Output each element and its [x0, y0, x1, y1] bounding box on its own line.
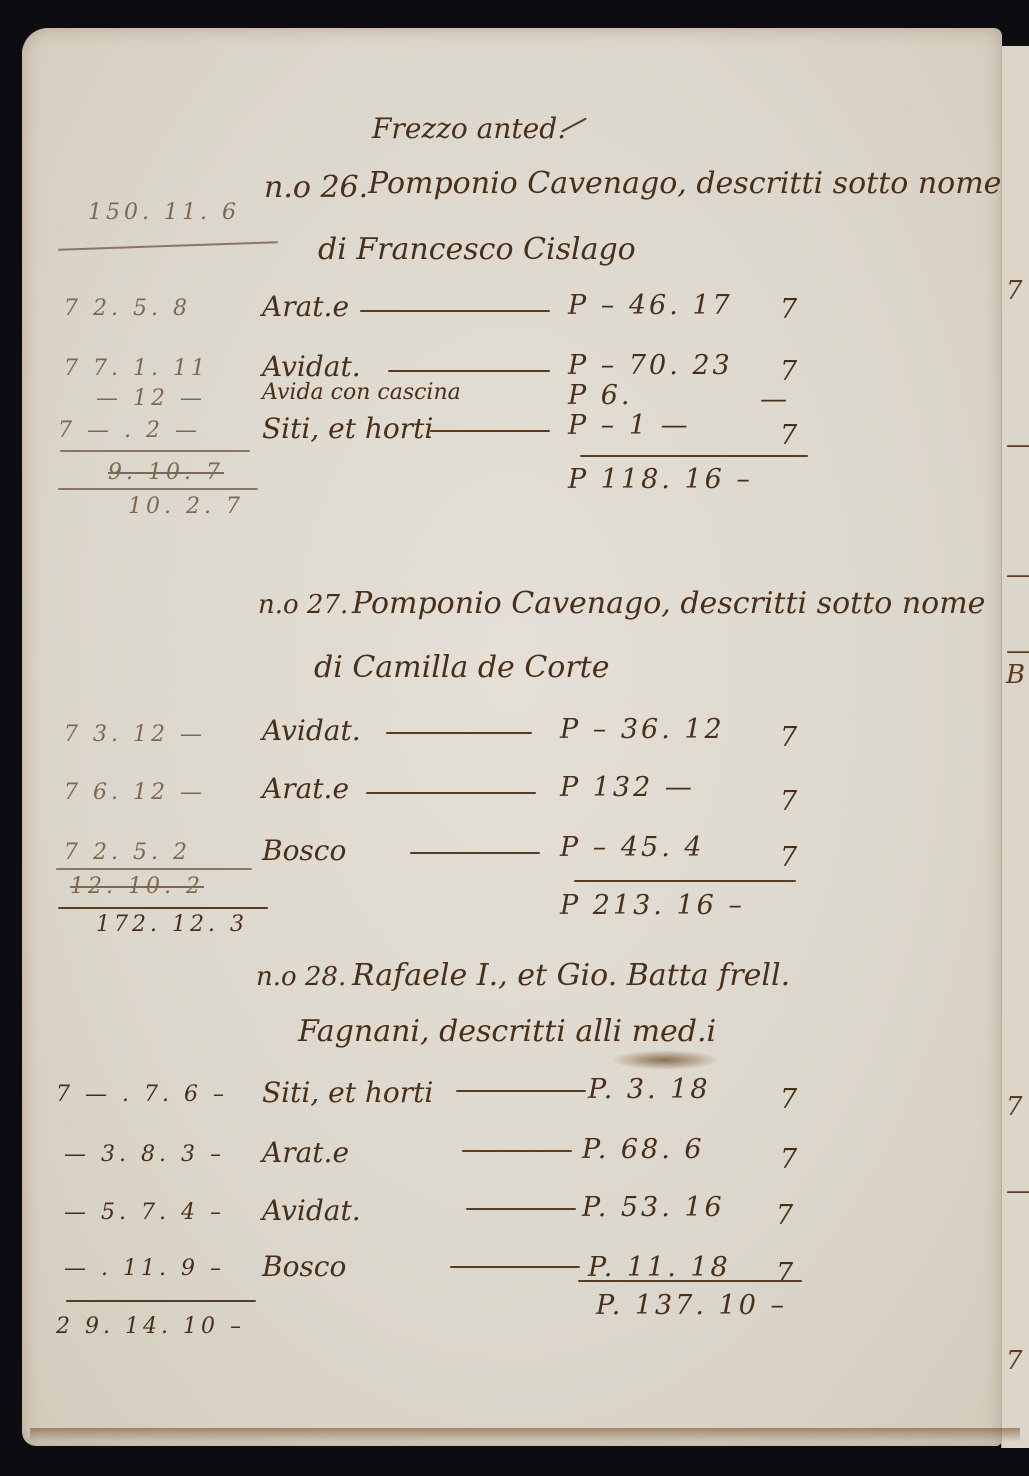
item-margin: 7 2. 5. 2	[64, 840, 191, 865]
item-mark: 7	[780, 356, 800, 387]
margin-rule	[58, 488, 258, 490]
item-margin: 7 — . 2 —	[58, 418, 201, 443]
facing-page-glyph: 7	[1006, 1092, 1023, 1122]
item-label: Avidat.	[262, 714, 361, 747]
page-heading: Frezzo anted.	[372, 112, 566, 145]
item-label: Avidat.	[262, 350, 361, 383]
item-amount: P. 68. 6	[582, 1134, 705, 1165]
item-amount: P – 45. 4	[560, 832, 705, 863]
ink-stain	[610, 1050, 720, 1070]
margin-subtotal: 12. 10. 2	[70, 874, 204, 899]
leader-line	[430, 430, 550, 432]
leader-line	[388, 370, 550, 372]
leader-line	[410, 852, 540, 854]
entry-title-line1: Pomponio Cavenago, descritti sotto nome	[352, 586, 985, 621]
item-amount: P – 1 —	[568, 410, 691, 441]
item-mark: 7	[780, 786, 800, 817]
item-label: Siti, et horti	[262, 412, 433, 445]
facing-page-edge	[1001, 46, 1029, 1448]
item-mark: 7	[776, 1200, 796, 1231]
page-bottom-edge	[30, 1428, 1020, 1442]
item-mark: 7	[780, 1084, 800, 1115]
item-margin: 7 2. 5. 8	[64, 296, 191, 321]
margin-rule	[56, 868, 252, 870]
item-margin: — . 11. 9 –	[64, 1256, 225, 1281]
item-label: Bosco	[262, 834, 346, 867]
item-margin: 7 7. 1. 11	[64, 356, 209, 381]
item-amount: P. 11. 18	[588, 1252, 731, 1283]
facing-page-glyph: —	[1006, 560, 1029, 590]
margin-total: 10. 2. 7	[128, 494, 244, 519]
leader-line	[456, 1090, 586, 1092]
item-margin: — 5. 7. 4 –	[64, 1200, 225, 1225]
margin-subtotal: 9. 10. 7	[108, 460, 224, 485]
facing-page-glyph: —	[1006, 1176, 1029, 1206]
leader-line	[462, 1150, 572, 1152]
margin-rule	[66, 1300, 256, 1302]
entry-number: n.o 28.	[256, 962, 346, 992]
margin-rule	[60, 450, 250, 452]
sum-rule	[578, 1280, 802, 1282]
item-label: Bosco	[262, 1250, 346, 1283]
item-label: Siti, et horti	[262, 1076, 433, 1109]
entry-title-line2: di Camilla de Corte	[314, 650, 610, 685]
leader-line	[466, 1208, 576, 1210]
item-label: Avida con cascina	[262, 380, 461, 405]
margin-total: 172. 12. 3	[96, 912, 248, 937]
item-mark: 7	[780, 722, 800, 753]
item-label: Arat.e	[262, 772, 349, 805]
margin-total: 2 9. 14. 10 –	[56, 1314, 245, 1339]
item-margin: — 3. 8. 3 –	[64, 1142, 225, 1167]
margin-rule	[58, 907, 268, 909]
item-margin: 7 — . 7. 6 –	[56, 1082, 228, 1107]
sum-rule	[574, 880, 796, 882]
item-mark: 7	[780, 420, 800, 451]
facing-page-glyph: B	[1006, 660, 1025, 690]
item-amount: P. 53. 16	[582, 1192, 725, 1223]
item-amount: P – 36. 12	[560, 714, 725, 745]
entry-title-line1: Rafaele I., et Gio. Batta frell.	[352, 958, 790, 993]
leader-line	[360, 310, 550, 312]
facing-page-glyph: 7	[1006, 1346, 1023, 1376]
item-amount: P – 46. 17	[568, 290, 733, 321]
item-label: Avidat.	[262, 1194, 361, 1227]
item-mark: 7	[780, 294, 800, 325]
item-mark: 7	[780, 842, 800, 873]
entry-total: P. 137. 10 –	[596, 1290, 787, 1321]
item-margin: 7 6. 12 —	[64, 780, 206, 805]
item-mark: 7	[780, 1144, 800, 1175]
item-label: Arat.e	[262, 290, 349, 323]
entry-number: n.o 27.	[258, 590, 348, 620]
leader-line	[450, 1266, 580, 1268]
item-amount: P 132 —	[560, 772, 695, 803]
item-amount: P. 3. 18	[588, 1074, 711, 1105]
entry-title-line2: di Francesco Cislago	[318, 232, 636, 267]
item-mark: —	[760, 384, 790, 415]
item-amount: P 6.	[568, 380, 633, 411]
entry-total: P 118. 16 –	[568, 464, 753, 495]
entry-title-line2: Fagnani, descritti alli med.i	[298, 1014, 716, 1049]
entry-number: n.o 26.	[264, 170, 368, 205]
facing-page-glyph: —	[1006, 430, 1029, 460]
item-amount: P – 70. 23	[568, 350, 733, 381]
entry-total: P 213. 16 –	[560, 890, 745, 921]
margin-carryover: 150. 11. 6	[88, 200, 240, 225]
item-label: Arat.e	[262, 1136, 349, 1169]
item-mark: 7	[776, 1258, 796, 1289]
sum-rule	[580, 455, 808, 457]
facing-page-glyph: 7	[1006, 276, 1023, 306]
item-margin: 7 3. 12 —	[64, 722, 206, 747]
entry-title-line1: Pomponio Cavenago, descritti sotto nome	[368, 166, 1001, 201]
leader-line	[386, 732, 532, 734]
leader-line	[366, 792, 536, 794]
item-margin: — 12 —	[96, 386, 206, 411]
